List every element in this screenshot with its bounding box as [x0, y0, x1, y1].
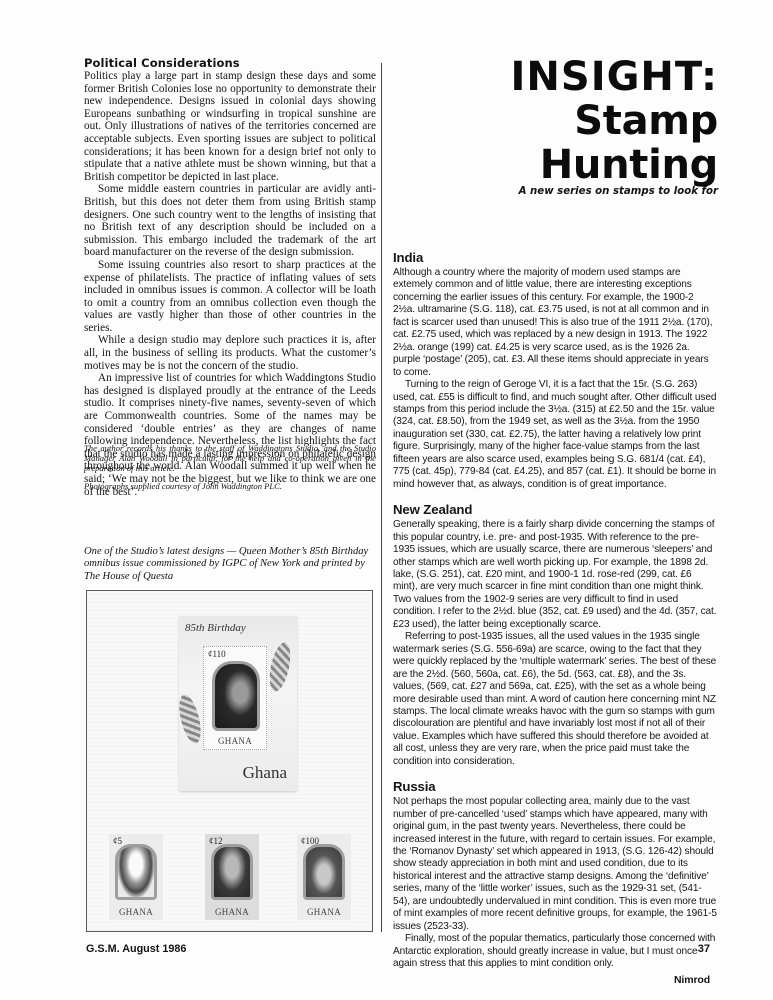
paragraph: Politics play a large part in stamp desi…	[84, 70, 376, 183]
sheet-stamp: ¢110 GHANA	[203, 646, 267, 750]
section-heading: New Zealand	[393, 502, 718, 518]
section-heading: Political Considerations	[84, 56, 376, 70]
stamp-country: GHANA	[205, 907, 259, 917]
paragraph: Referring to post-1935 issues, all the u…	[393, 631, 718, 768]
paragraph: Some middle eastern countries in particu…	[84, 183, 376, 259]
stamp-country: GHANA	[204, 736, 266, 746]
article-title: INSIGHT: Stamp Hunting	[392, 55, 718, 187]
miniature-sheet: 85th Birthday ¢110 GHANA Ghana	[179, 616, 297, 791]
section-india: India Although a country where the major…	[393, 250, 718, 491]
stamp: ¢5 GHANA	[109, 834, 163, 920]
paragraph: Turning to the reign of Geroge VI, it is…	[393, 379, 718, 491]
section-russia: Russia Not perhaps the most popular coll…	[393, 779, 718, 970]
left-column: Political Considerations Politics play a…	[84, 56, 376, 498]
author-signature: Nimrod	[393, 974, 718, 986]
stamp-country: GHANA	[109, 907, 163, 917]
column-divider	[381, 63, 382, 932]
title-line-1: INSIGHT:	[392, 55, 718, 99]
publication-footer: G.S.M. August 1986	[86, 943, 186, 955]
article-subtitle: A new series on stamps to look for	[392, 186, 718, 197]
page-number: 37	[668, 943, 718, 955]
paragraph: While a design studio may deplore such p…	[84, 334, 376, 372]
leaf-decoration	[175, 693, 205, 746]
stamp: ¢100 GHANA	[297, 834, 351, 920]
paragraph: Some issuing countries also resort to sh…	[84, 259, 376, 335]
stamp-country: GHANA	[297, 907, 351, 917]
sheet-title: 85th Birthday	[185, 622, 246, 634]
photo-caption: One of the Studio’s latest designs — Que…	[84, 546, 376, 583]
paragraph: Generally speaking, there is a fairly sh…	[393, 519, 718, 631]
stamp: ¢12 GHANA	[205, 834, 259, 920]
title-line-2: Stamp Hunting	[392, 99, 718, 187]
stamp-photo: 85th Birthday ¢110 GHANA Ghana ¢5 GHANA …	[86, 590, 373, 932]
right-column: India Although a country where the major…	[393, 250, 718, 986]
portrait-image	[303, 844, 345, 900]
portrait-image	[211, 844, 253, 900]
stamp-value: ¢110	[208, 649, 226, 659]
section-heading: India	[393, 250, 718, 266]
photo-credit: Photographs supplied courtesy of John Wa…	[84, 481, 376, 491]
acknowledgements: The author records his thanks to the sta…	[84, 443, 376, 498]
paragraph: Not perhaps the most popular collecting …	[393, 796, 718, 933]
sheet-country: Ghana	[243, 763, 287, 783]
section-heading: Russia	[393, 779, 718, 795]
stamp-value: ¢5	[113, 836, 122, 846]
paragraph: Although a country where the majority of…	[393, 267, 718, 379]
portrait-image	[115, 844, 157, 900]
section-new-zealand: New Zealand Generally speaking, there is…	[393, 502, 718, 768]
acknowledgement-text: The author records his thanks to the sta…	[84, 443, 376, 474]
portrait-image	[212, 661, 260, 731]
magazine-page: Political Considerations Politics play a…	[0, 0, 773, 1000]
leaf-decoration	[266, 641, 294, 694]
